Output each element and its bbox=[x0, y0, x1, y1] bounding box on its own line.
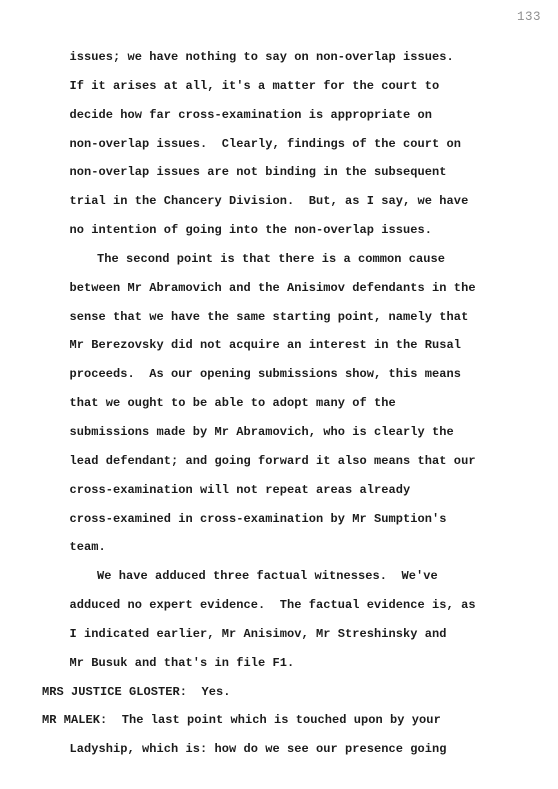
transcript-line: trial in the Chancery Division. But, as … bbox=[42, 187, 548, 216]
transcript-line: proceeds. As our opening submissions sho… bbox=[42, 360, 548, 389]
transcript-line: We have adduced three factual witnesses.… bbox=[42, 562, 548, 591]
transcript-line: I indicated earlier, Mr Anisimov, Mr Str… bbox=[42, 620, 548, 649]
transcript-line: lead defendant; and going forward it als… bbox=[42, 447, 548, 476]
transcript-line: Ladyship, which is: how do we see our pr… bbox=[42, 735, 548, 764]
transcript-line: adduced no expert evidence. The factual … bbox=[42, 591, 548, 620]
transcript-line: team. bbox=[42, 533, 548, 562]
transcript-line: no intention of going into the non-overl… bbox=[42, 216, 548, 245]
transcript-line: non-overlap issues are not binding in th… bbox=[42, 158, 548, 187]
transcript-line: issues; we have nothing to say on non-ov… bbox=[42, 43, 548, 72]
transcript-line: sense that we have the same starting poi… bbox=[42, 303, 548, 332]
transcript-line: Mr Berezovsky did not acquire an interes… bbox=[42, 331, 548, 360]
transcript-page: 133 issues; we have nothing to say on no… bbox=[0, 0, 558, 789]
transcript-line: MR MALEK: The last point which is touche… bbox=[42, 706, 548, 735]
transcript-line: submissions made by Mr Abramovich, who i… bbox=[42, 418, 548, 447]
transcript-line: between Mr Abramovich and the Anisimov d… bbox=[42, 274, 548, 303]
page-number: 133 bbox=[517, 10, 541, 24]
transcript-line: MRS JUSTICE GLOSTER: Yes. bbox=[42, 678, 548, 707]
transcript-line: decide how far cross-examination is appr… bbox=[42, 101, 548, 130]
transcript-lines: issues; we have nothing to say on non-ov… bbox=[42, 43, 548, 764]
transcript-line: Mr Busuk and that's in file F1. bbox=[42, 649, 548, 678]
transcript-line: that we ought to be able to adopt many o… bbox=[42, 389, 548, 418]
transcript-line: If it arises at all, it's a matter for t… bbox=[42, 72, 548, 101]
transcript-line: non-overlap issues. Clearly, findings of… bbox=[42, 130, 548, 159]
transcript-line: The second point is that there is a comm… bbox=[42, 245, 548, 274]
transcript-line: cross-examined in cross-examination by M… bbox=[42, 505, 548, 534]
transcript-line: cross-examination will not repeat areas … bbox=[42, 476, 548, 505]
